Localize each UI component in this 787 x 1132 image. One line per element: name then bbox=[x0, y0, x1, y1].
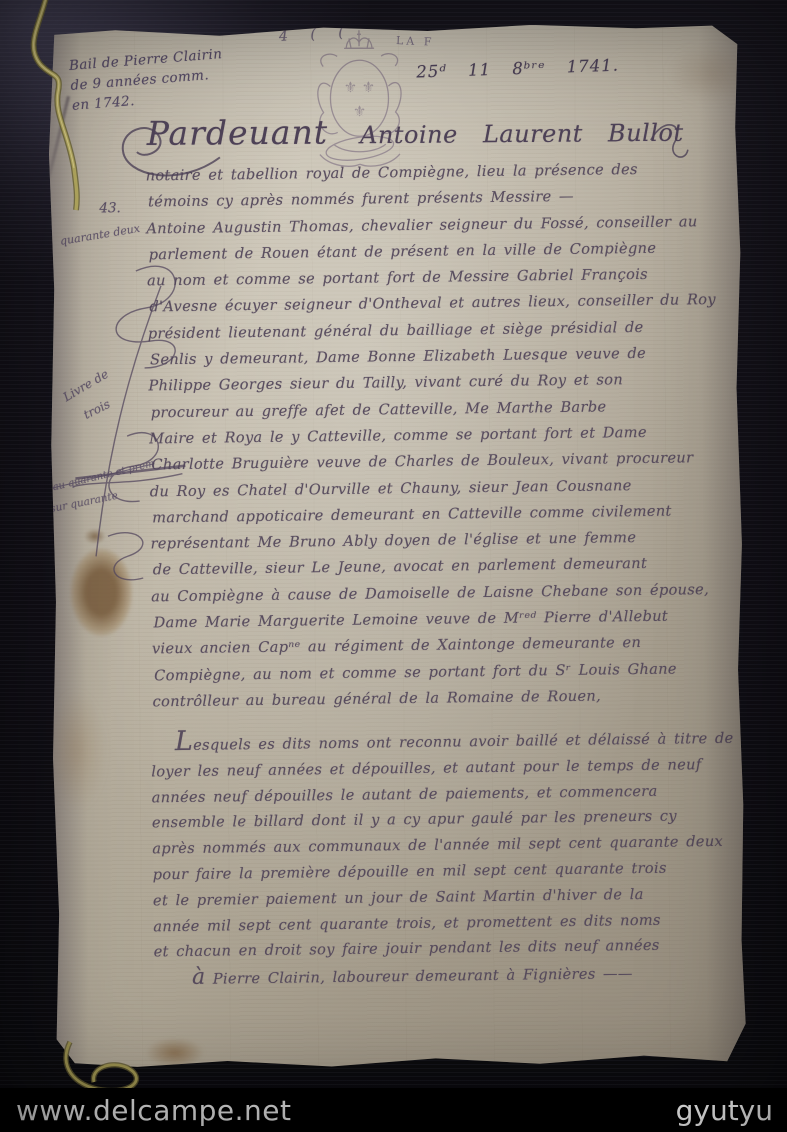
watermark-bar: www.delcampe.net gyutyu bbox=[0, 1088, 787, 1132]
svg-text:⚜: ⚜ bbox=[344, 78, 358, 96]
discoloration-stain bbox=[666, 43, 756, 104]
opening-word: Pardeuant bbox=[147, 113, 329, 153]
manuscript-paragraph-1: notaire et tabellion royal de Compiègne,… bbox=[146, 156, 713, 716]
margin-note-struck: au quarante et prem bbox=[52, 458, 156, 493]
margin-note: quarante deux bbox=[59, 222, 141, 248]
margin-note: trois bbox=[81, 397, 112, 422]
margin-folio-number: 43. bbox=[99, 200, 121, 216]
paper-crease bbox=[39, 96, 70, 213]
corner-stain bbox=[146, 1038, 204, 1068]
manuscript-sheet: Bail de Pierre Clairin de 9 années comm.… bbox=[46, 23, 748, 1070]
site-watermark: www.delcampe.net bbox=[16, 1094, 292, 1127]
photo-of-manuscript: Bail de Pierre Clairin de 9 années comm.… bbox=[0, 0, 787, 1132]
water-stain bbox=[47, 690, 106, 810]
stamp-inscription: LA F bbox=[396, 34, 435, 49]
ink-stain bbox=[70, 548, 133, 636]
manuscript-line: à Pierre Clairin, laboureur demeurant à … bbox=[192, 958, 714, 993]
fee-and-date-note: 25ᵈ 11 8ᵇʳᵉ 1741. bbox=[416, 56, 619, 82]
ink-stain bbox=[84, 528, 106, 544]
manuscript-paragraph-2: Lesquels es dits noms ont reconnu avoir … bbox=[151, 722, 714, 993]
opening-parties: Antoine Laurent Bullot bbox=[360, 119, 684, 150]
svg-text:⚜: ⚜ bbox=[362, 78, 376, 96]
seller-watermark: gyutyu bbox=[676, 1094, 773, 1127]
margin-note: sur quarante bbox=[49, 490, 119, 515]
corner-filing-note: Bail de Pierre Clairin de 9 années comm.… bbox=[68, 44, 226, 116]
